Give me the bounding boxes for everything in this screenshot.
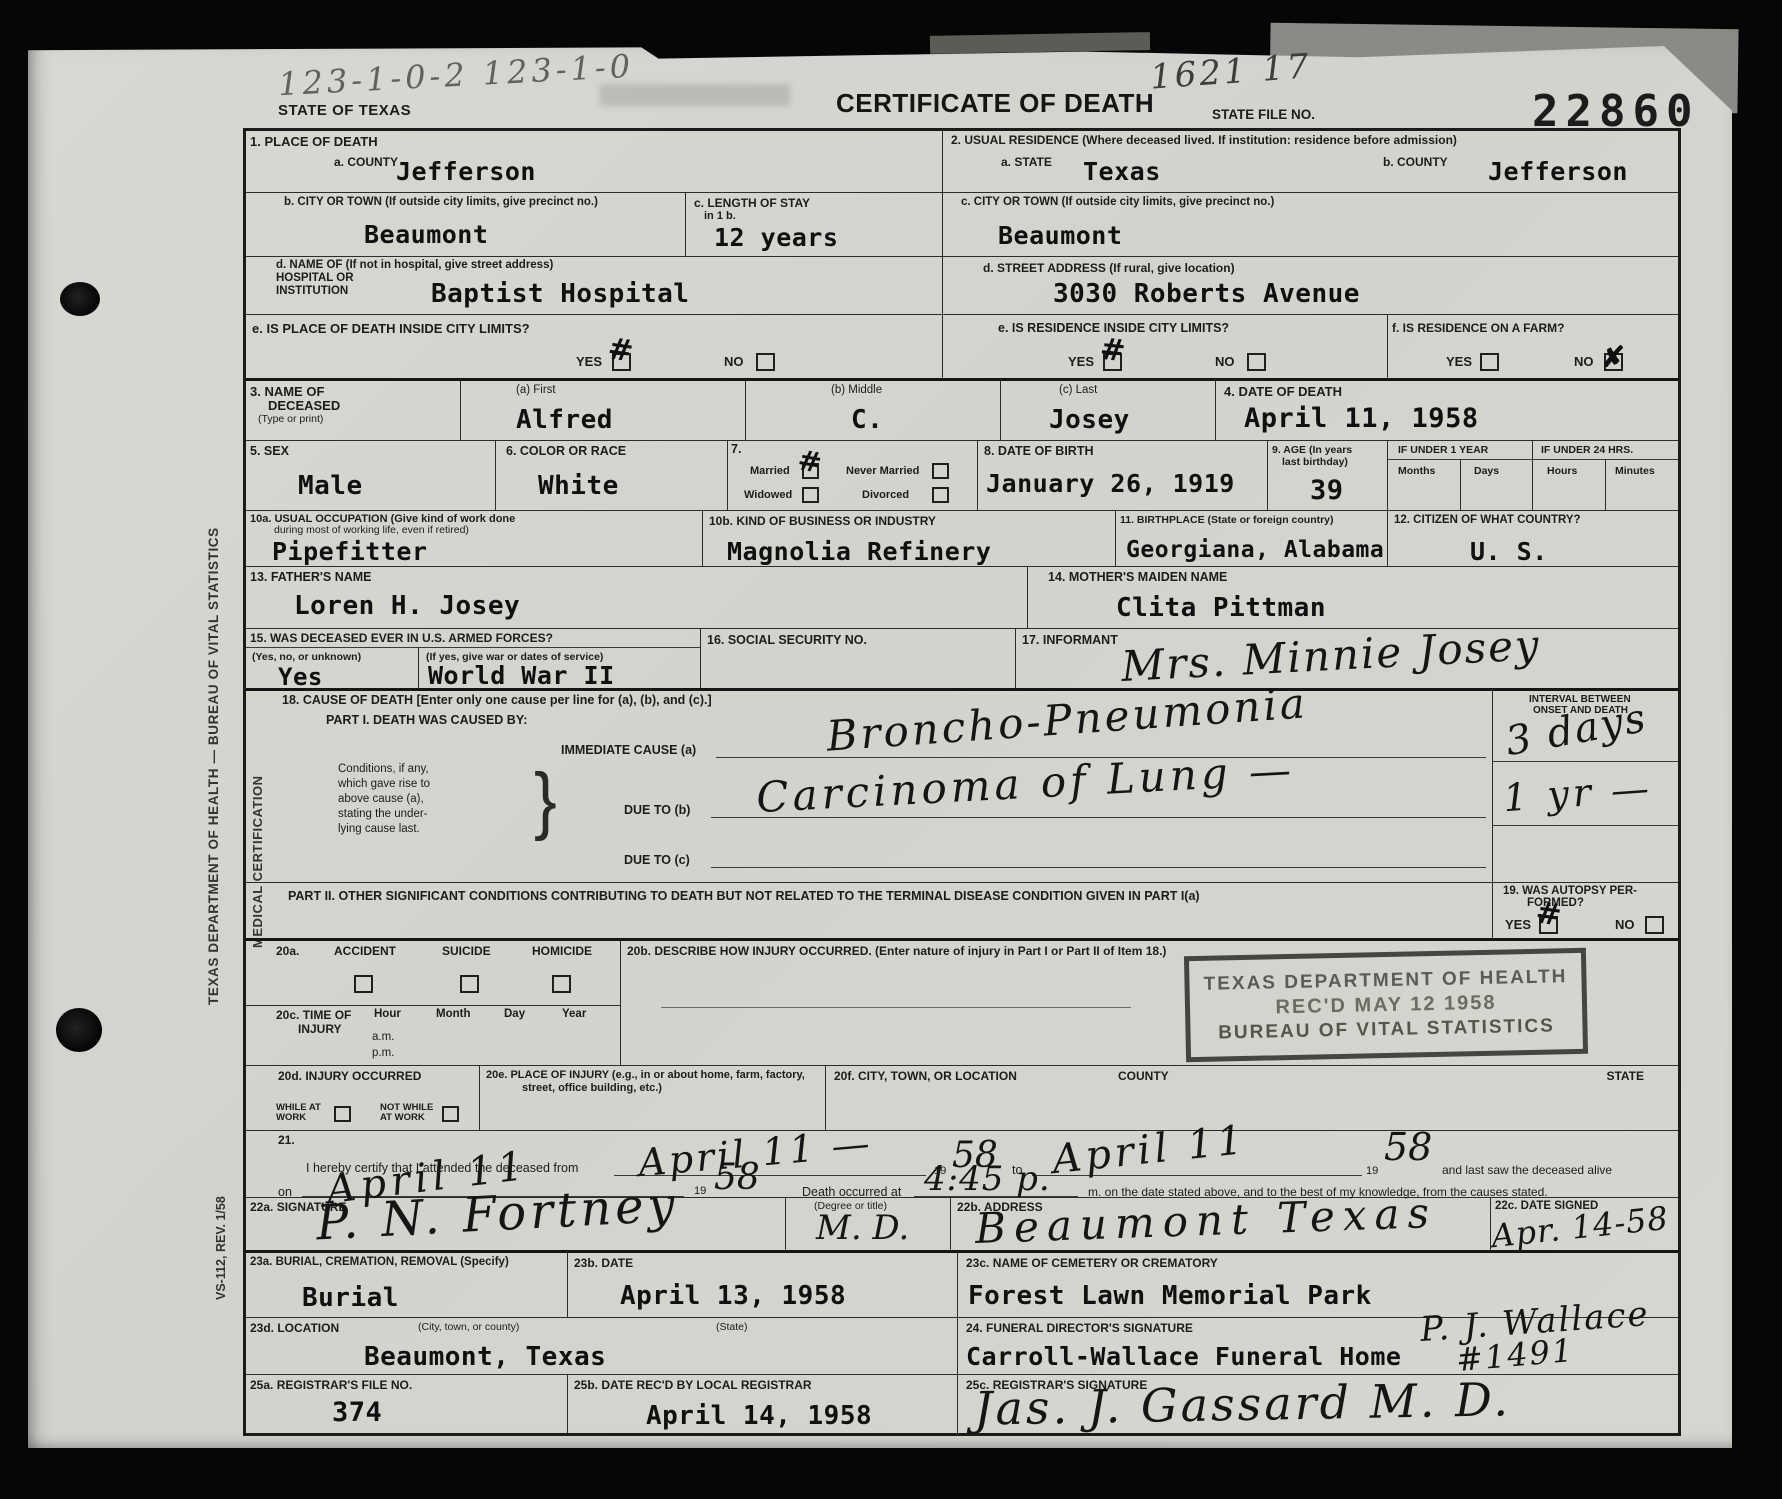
injury-state-label: STATE [1606, 1069, 1644, 1083]
divorced-label: Divorced [862, 489, 909, 501]
death-occurred-text: Death occurred at [802, 1185, 901, 1199]
part2-label: PART II. OTHER SIGNIFICANT CONDITIONS CO… [288, 889, 1200, 903]
hospital-value: Baptist Hospital [431, 279, 689, 309]
minutes-label: Minutes [1615, 465, 1655, 477]
no-checkbox [756, 353, 775, 371]
race-value: White [538, 471, 619, 501]
citizen-cell: 12. CITIZEN OF WHAT COUNTRY? U. S. [1388, 511, 1678, 566]
registrar-signature-cell: 25c. REGISTRAR'S SIGNATURE Jas. J. Gassa… [958, 1375, 1678, 1433]
death-city-label: b. CITY OR TOWN (If outside city limits,… [284, 196, 598, 208]
describe-injury-label: 20b. DESCRIBE HOW INJURY OCCURRED. (Ente… [627, 944, 1166, 958]
armed-forces-service: World War II [428, 661, 615, 690]
scan-background: TEXAS DEPARTMENT OF HEALTH — BUREAU OF V… [0, 0, 1782, 1499]
residence-city-label: c. CITY OR TOWN (If outside city limits,… [961, 196, 1274, 208]
date-received-cell: 25b. DATE REC'D BY LOCAL REGISTRAR April… [568, 1375, 958, 1433]
no-checkbox [1645, 916, 1664, 934]
interval-cell: INTERVAL BETWEEN ONSET AND DEATH 3 days … [1493, 691, 1678, 882]
registrar-file-cell: 25a. REGISTRAR'S FILE NO. 374 [246, 1375, 568, 1433]
occupation-cell: 10a. USUAL OCCUPATION (Give kind of work… [246, 511, 703, 566]
divider [246, 647, 701, 648]
armed-forces-sub1: (Yes, no, or unknown) [252, 651, 361, 663]
cause-of-death-cell: 18. CAUSE OF DEATH [Enter only one cause… [246, 691, 1493, 882]
death-city-cell: b. CITY OR TOWN (If outside city limits,… [246, 193, 686, 256]
burial-value: Burial [302, 1283, 399, 1313]
yes-label: YES [576, 354, 602, 369]
informant-label: 17. INFORMANT [1022, 633, 1118, 647]
birthplace-label: 11. BIRTHPLACE (State or foreign country… [1120, 514, 1334, 526]
homicide-label: HOMICIDE [532, 944, 592, 958]
divider [1493, 825, 1678, 826]
time-of-injury-label1: 20c. TIME OF [276, 1008, 351, 1022]
usual-residence-label: 2. USUAL RESIDENCE (Where deceased lived… [951, 133, 1457, 147]
if-under-1-year-cell: IF UNDER 1 YEAR Months Days [1388, 441, 1533, 510]
age-label1: 9. AGE (In years [1272, 444, 1352, 456]
cemetery-value: Forest Lawn Memorial Park [968, 1281, 1372, 1311]
suicide-label: SUICIDE [442, 944, 491, 958]
no-label: NO [1615, 917, 1635, 932]
burial-cell: 23a. BURIAL, CREMATION, REMOVAL (Specify… [246, 1253, 568, 1317]
while-at-work-label2: WORK [276, 1112, 306, 1123]
father-name-label: 13. FATHER'S NAME [250, 570, 372, 584]
middle-name-value: C. [851, 405, 883, 435]
pen-check-mark: # [795, 443, 824, 480]
stamp-line1: TEXAS DEPARTMENT OF HEALTH [1203, 966, 1567, 996]
industry-value: Magnolia Refinery [727, 537, 991, 566]
death-city-value: Beaumont [364, 220, 488, 249]
ssn-cell: 16. SOCIAL SECURITY NO. [701, 629, 1016, 688]
industry-label: 10b. KIND OF BUSINESS OR INDUSTRY [709, 514, 936, 528]
conditions-brace: } [534, 757, 557, 843]
location-sub2: (State) [716, 1321, 748, 1333]
hospital-label2: HOSPITAL OR [276, 272, 354, 284]
industry-cell: 10b. KIND OF BUSINESS OR INDUSTRY Magnol… [703, 511, 1116, 566]
due-to-b-label: DUE TO (b) [624, 803, 690, 817]
torn-paper-edge [930, 32, 1150, 54]
first-name-cell: (a) First Alfred [461, 381, 746, 440]
name-of-deceased-label1: 3. NAME OF [250, 384, 324, 399]
armed-forces-cell: 15. WAS DECEASED EVER IN U.S. ARMED FORC… [246, 629, 701, 688]
residence-county-label: b. COUNTY [1383, 155, 1448, 169]
immediate-cause-label: IMMEDIATE CAUSE (a) [561, 743, 696, 757]
certificate-form: 1. PLACE OF DEATH a. COUNTY Jefferson 2.… [243, 128, 1681, 1436]
place-of-death-label: 1. PLACE OF DEATH [250, 134, 378, 149]
injury-type-time-cell: 20a. ACCIDENT SUICIDE HOMICIDE 20c. TIME… [246, 941, 621, 1065]
pm-label: p.m. [372, 1047, 394, 1059]
state-file-no-label: STATE FILE NO. [1212, 107, 1315, 122]
death-city-limits-cell: e. IS PLACE OF DEATH INSIDE CITY LIMITS?… [246, 315, 943, 378]
citizen-label: 12. CITIZEN OF WHAT COUNTRY? [1394, 514, 1581, 526]
degree-cell: (Degree or title) M. D. [786, 1198, 951, 1250]
hole-punch [56, 1008, 102, 1052]
time-of-injury-label2: INJURY [298, 1022, 342, 1036]
if-under-24-hrs-cell: IF UNDER 24 HRS. Hours Minutes [1533, 441, 1678, 510]
cause-of-death-label: 18. CAUSE OF DEATH [Enter only one cause… [282, 693, 712, 707]
year-label: Year [562, 1008, 586, 1020]
birthplace-value: Georgiana, Alabama [1126, 537, 1384, 563]
hours-label: Hours [1547, 465, 1577, 477]
widowed-label: Widowed [744, 489, 792, 501]
registrar-signature: Jas. J. Gassard M. D. [974, 1372, 1512, 1435]
yes-checkbox [1480, 353, 1499, 371]
under-1yr-label: IF UNDER 1 YEAR [1398, 444, 1488, 456]
sex-value: Male [298, 471, 363, 501]
date-received-value: April 14, 1958 [646, 1401, 872, 1431]
certify-text2: and last saw the deceased alive [1442, 1163, 1612, 1177]
citizen-value: U. S. [1470, 537, 1548, 566]
length-of-stay-sublabel: in 1 b. [704, 210, 736, 222]
name-of-deceased-cell: 3. NAME OF DECEASED (Type or print) [246, 381, 461, 440]
part2-cell: PART II. OTHER SIGNIFICANT CONDITIONS CO… [246, 883, 1493, 938]
funeral-director-cell: 24. FUNERAL DIRECTOR'S SIGNATURE Carroll… [958, 1318, 1678, 1374]
accident-label: ACCIDENT [334, 944, 396, 958]
injury-occurred-label: 20d. INJURY OCCURRED [278, 1069, 421, 1083]
residence-county-value: Jefferson [1488, 157, 1628, 186]
yes-label: YES [1068, 354, 1094, 369]
mother-name-value: Clita Pittman [1116, 593, 1326, 623]
age-label2: last birthday) [1282, 456, 1348, 468]
last-name-cell: (c) Last Josey [1001, 381, 1216, 440]
part1-label: PART I. DEATH WAS CAUSED BY: [326, 713, 527, 727]
ssn-label: 16. SOCIAL SECURITY NO. [707, 633, 867, 647]
months-label: Months [1398, 465, 1435, 477]
marital-status-cell: 7. Married # Never Married Widowed Divor… [728, 441, 978, 510]
middle-name-cell: (b) Middle C. [746, 381, 1001, 440]
under-24h-label: IF UNDER 24 HRS. [1541, 444, 1633, 456]
residence-state-value: Texas [1083, 157, 1161, 186]
injury-num-label: 20a. [276, 944, 299, 958]
hole-punch [60, 282, 100, 316]
accident-checkbox [354, 975, 373, 993]
no-label: NO [724, 354, 744, 369]
registrar-file-value: 374 [332, 1397, 382, 1428]
hospital-label3: INSTITUTION [276, 285, 348, 297]
occupation-label2: during most of working life, even if ret… [274, 524, 469, 536]
divider [418, 647, 419, 688]
on-text: on [278, 1185, 292, 1199]
time-of-death: 4:45 p. [924, 1159, 1051, 1199]
death-city-limits-label: e. IS PLACE OF DEATH INSIDE CITY LIMITS? [252, 321, 530, 336]
funeral-director-label: 24. FUNERAL DIRECTOR'S SIGNATURE [966, 1321, 1193, 1335]
location-label: 23d. LOCATION [250, 1321, 339, 1335]
injury-county-label: COUNTY [1118, 1069, 1169, 1083]
conditions-text1: Conditions, if any, [338, 763, 429, 775]
interval-b-value: 1 yr — [1502, 766, 1655, 820]
scan-smudge [600, 84, 790, 106]
physician-signature-cell: 22a. SIGNATURE P. N. Fortney [246, 1198, 786, 1250]
not-while-at-work-label2: AT WORK [380, 1112, 425, 1123]
date-of-death-value: April 11, 1958 [1244, 403, 1479, 434]
length-of-stay-cell: c. LENGTH OF STAY in 1 b. 12 years [686, 193, 943, 256]
date-of-birth-cell: 8. DATE OF BIRTH January 26, 1919 [978, 441, 1268, 510]
last-seen-year: 58 [714, 1157, 760, 1198]
residence-state-county-cell: 2. USUAL RESIDENCE (Where deceased lived… [943, 131, 1678, 192]
date-of-death-label: 4. DATE OF DEATH [1224, 384, 1342, 399]
occupation-value: Pipefitter [272, 537, 428, 566]
place-of-death-county-cell: 1. PLACE OF DEATH a. COUNTY Jefferson [246, 131, 943, 192]
first-name-label: (a) First [516, 384, 556, 396]
days-label: Days [1474, 465, 1499, 477]
mother-name-cell: 14. MOTHER'S MAIDEN NAME Clita Pittman [1028, 567, 1678, 628]
residence-farm-label: f. IS RESIDENCE ON A FARM? [1392, 321, 1564, 335]
stamp-line2: REC'D MAY 12 1958 [1275, 991, 1497, 1019]
mother-name-label: 14. MOTHER'S MAIDEN NAME [1048, 570, 1227, 584]
informant-signature: Mrs. Minnie Josey [1120, 620, 1542, 691]
write-in-line [711, 867, 1486, 868]
widowed-checkbox [802, 487, 819, 503]
death-county-value: Jefferson [396, 157, 536, 186]
date-of-birth-value: January 26, 1919 [986, 469, 1235, 498]
residence-farm-cell: f. IS RESIDENCE ON A FARM? YES NO ✘ [1388, 315, 1678, 378]
pen-check-mark: # [1098, 332, 1127, 369]
no-label: NO [1215, 354, 1235, 369]
injury-occurred-cell: 20d. INJURY OCCURRED WHILE AT WORK NOT W… [246, 1066, 480, 1130]
date-of-death-cell: 4. DATE OF DEATH April 11, 1958 [1216, 381, 1678, 440]
last-name-label: (c) Last [1059, 384, 1097, 396]
never-married-label: Never Married [846, 465, 919, 477]
registrar-file-label: 25a. REGISTRAR'S FILE NO. [250, 1378, 412, 1392]
pen-check-mark: # [1534, 895, 1564, 933]
first-name-value: Alfred [516, 405, 613, 435]
armed-forces-answer: Yes [278, 663, 323, 691]
conditions-text4: stating the under- [338, 808, 428, 820]
residence-city-cell: c. CITY OR TOWN (If outside city limits,… [943, 193, 1678, 256]
homicide-checkbox [552, 975, 571, 993]
middle-name-label: (b) Middle [831, 384, 882, 396]
birthplace-cell: 11. BIRTHPLACE (State or foreign country… [1116, 511, 1388, 566]
autopsy-cell: 19. WAS AUTOPSY PER- FORMED? YES # NO [1493, 883, 1678, 938]
physician-address-cell: 22b. ADDRESS Beaumont Texas [951, 1198, 1491, 1250]
sex-cell: 5. SEX Male [246, 441, 496, 510]
street-address-cell: d. STREET ADDRESS (If rural, give locati… [943, 257, 1678, 314]
divider [1605, 459, 1606, 510]
month-label: Month [436, 1008, 470, 1020]
burial-date-cell: 23b. DATE April 13, 1958 [568, 1253, 958, 1317]
married-label: Married [750, 465, 790, 477]
cemetery-label: 23c. NAME OF CEMETERY OR CREMATORY [966, 1256, 1218, 1270]
divider [1460, 459, 1461, 510]
residence-state-label: a. STATE [1001, 155, 1052, 169]
certificate-title: CERTIFICATE OF DEATH [836, 88, 1154, 119]
location-sub1: (City, town, or county) [418, 1321, 519, 1333]
county-label: a. COUNTY [334, 155, 398, 169]
received-stamp: TEXAS DEPARTMENT OF HEALTH REC'D MAY 12 … [1184, 948, 1588, 1062]
yes-label: YES [1505, 917, 1531, 932]
attended-to-year: 58 [1384, 1125, 1432, 1169]
never-married-checkbox [932, 463, 949, 479]
armed-forces-label: 15. WAS DECEASED EVER IN U.S. ARMED FORC… [250, 631, 553, 645]
date-of-birth-label: 8. DATE OF BIRTH [984, 444, 1094, 458]
name-of-deceased-label2: DECEASED [268, 398, 340, 413]
conditions-text5: lying cause last. [338, 823, 420, 835]
burial-label: 23a. BURIAL, CREMATION, REMOVAL (Specify… [250, 1256, 509, 1268]
pen-check-mark: # [606, 331, 636, 369]
street-address-value: 3030 Roberts Avenue [1053, 279, 1360, 309]
date-signed-cell: 22c. DATE SIGNED Apr. 14-58 [1491, 1198, 1678, 1250]
hospital-label: d. NAME OF (If not in hospital, give str… [276, 259, 553, 271]
degree-value: M. D. [816, 1208, 909, 1248]
write-in-line [661, 1007, 1131, 1008]
burial-date-label: 23b. DATE [574, 1256, 633, 1270]
hospital-cell: d. NAME OF (If not in hospital, give str… [246, 257, 943, 314]
divorced-checkbox [932, 487, 949, 503]
injury-city-label: 20f. CITY, TOWN, OR LOCATION [834, 1069, 1017, 1083]
name-of-deceased-label3: (Type or print) [258, 413, 323, 425]
father-name-cell: 13. FATHER'S NAME Loren H. Josey [246, 567, 1028, 628]
suicide-checkbox [460, 975, 479, 993]
last-name-value: Josey [1049, 405, 1130, 435]
day-label: Day [504, 1008, 525, 1020]
place-of-injury-cell: 20e. PLACE OF INJURY (e.g., in or about … [480, 1066, 826, 1130]
street-address-label: d. STREET ADDRESS (If rural, give locati… [983, 261, 1235, 275]
left-margin-agency-text: TEXAS DEPARTMENT OF HEALTH — BUREAU OF V… [206, 527, 221, 1005]
place-of-injury-label1: 20e. PLACE OF INJURY (e.g., in or about … [486, 1069, 805, 1081]
sex-label: 5. SEX [250, 444, 289, 458]
while-at-work-checkbox [334, 1106, 351, 1122]
informant-cell: 17. INFORMANT Mrs. Minnie Josey [1016, 629, 1678, 688]
am-label: a.m. [372, 1031, 394, 1043]
no-checkbox [1247, 353, 1266, 371]
injury-location-cell: 20f. CITY, TOWN, OR LOCATION COUNTY STAT… [826, 1066, 1678, 1130]
conditions-text2: which gave rise to [338, 778, 430, 790]
race-label: 6. COLOR OR RACE [506, 444, 626, 458]
state-of-texas-label: STATE OF TEXAS [278, 102, 411, 119]
age-cell: 9. AGE (In years last birthday) 39 [1268, 441, 1388, 510]
burial-location-cell: 23d. LOCATION (City, town, or county) (S… [246, 1318, 958, 1374]
race-cell: 6. COLOR OR RACE White [496, 441, 728, 510]
year-prefix: 19 [694, 1185, 706, 1197]
hour-label: Hour [374, 1008, 401, 1020]
burial-location-value: Beaumont, Texas [364, 1342, 606, 1372]
residence-city-limits-cell: e. IS RESIDENCE INSIDE CITY LIMITS? YES … [943, 315, 1388, 378]
no-label: NO [1574, 354, 1594, 369]
funeral-home-value: Carroll-Wallace Funeral Home [966, 1342, 1401, 1371]
age-value: 39 [1310, 475, 1344, 506]
date-received-label: 25b. DATE REC'D BY LOCAL REGISTRAR [574, 1378, 812, 1392]
conditions-text3: above cause (a), [338, 793, 424, 805]
pen-x-mark: ✘ [1598, 342, 1624, 375]
burial-date-value: April 13, 1958 [620, 1281, 846, 1311]
yes-label: YES [1446, 354, 1472, 369]
marital-num-label: 7. [731, 442, 741, 456]
father-name-value: Loren H. Josey [294, 591, 520, 621]
autopsy-label1: 19. WAS AUTOPSY PER- [1503, 885, 1637, 897]
year-prefix: 19 [1366, 1165, 1378, 1177]
length-of-stay-label: c. LENGTH OF STAY [694, 196, 810, 210]
stamp-line3: BUREAU OF VITAL STATISTICS [1218, 1015, 1555, 1044]
not-while-at-work-checkbox [442, 1106, 459, 1122]
place-of-injury-label2: street, office building, etc.) [522, 1082, 662, 1094]
item-21-label: 21. [278, 1133, 295, 1147]
length-of-stay-value: 12 years [714, 223, 838, 252]
due-to-c-label: DUE TO (c) [624, 853, 690, 867]
form-code-label: VS-112, REV. 1/58 [214, 1196, 228, 1300]
residence-city-value: Beaumont [998, 221, 1122, 250]
